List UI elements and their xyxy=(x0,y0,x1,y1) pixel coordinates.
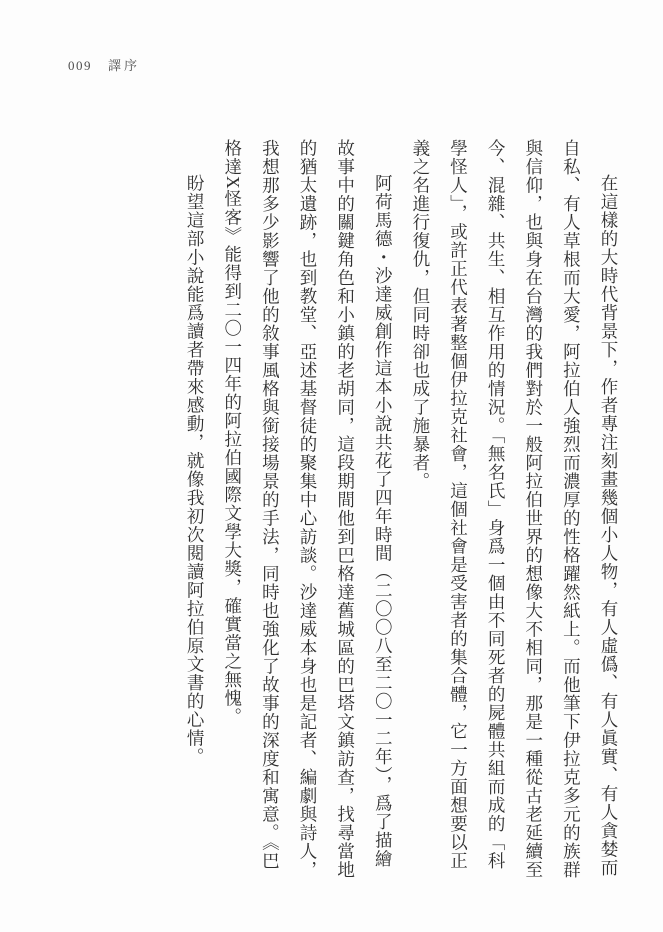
page-number: 009 xyxy=(68,58,92,74)
paragraph: 在這樣的大時代背景下，作者專注刻畫幾個小人物，有人虛僞、有人眞實、有人貪婪而自私… xyxy=(401,139,627,885)
book-page: 009 譯序 在這樣的大時代背景下，作者專注刻畫幾個小人物，有人虛僞、有人眞實、… xyxy=(0,0,663,932)
running-head: 009 譯序 xyxy=(68,55,140,74)
section-title: 譯序 xyxy=(108,55,140,74)
paragraph: 阿荷馬德・沙達威創作這本小說共花了四年時間（二〇〇八至二〇一二年），爲了描繪故事… xyxy=(213,139,401,885)
vertical-text-block: 在這樣的大時代背景下，作者專注刻畫幾個小人物，有人虛僞、有人眞實、有人貪婪而自私… xyxy=(176,139,628,885)
paragraph: 盼望這部小說能爲讀者帶來感動，就像我初次閱讀阿拉伯原文書的心情。 xyxy=(176,139,214,885)
